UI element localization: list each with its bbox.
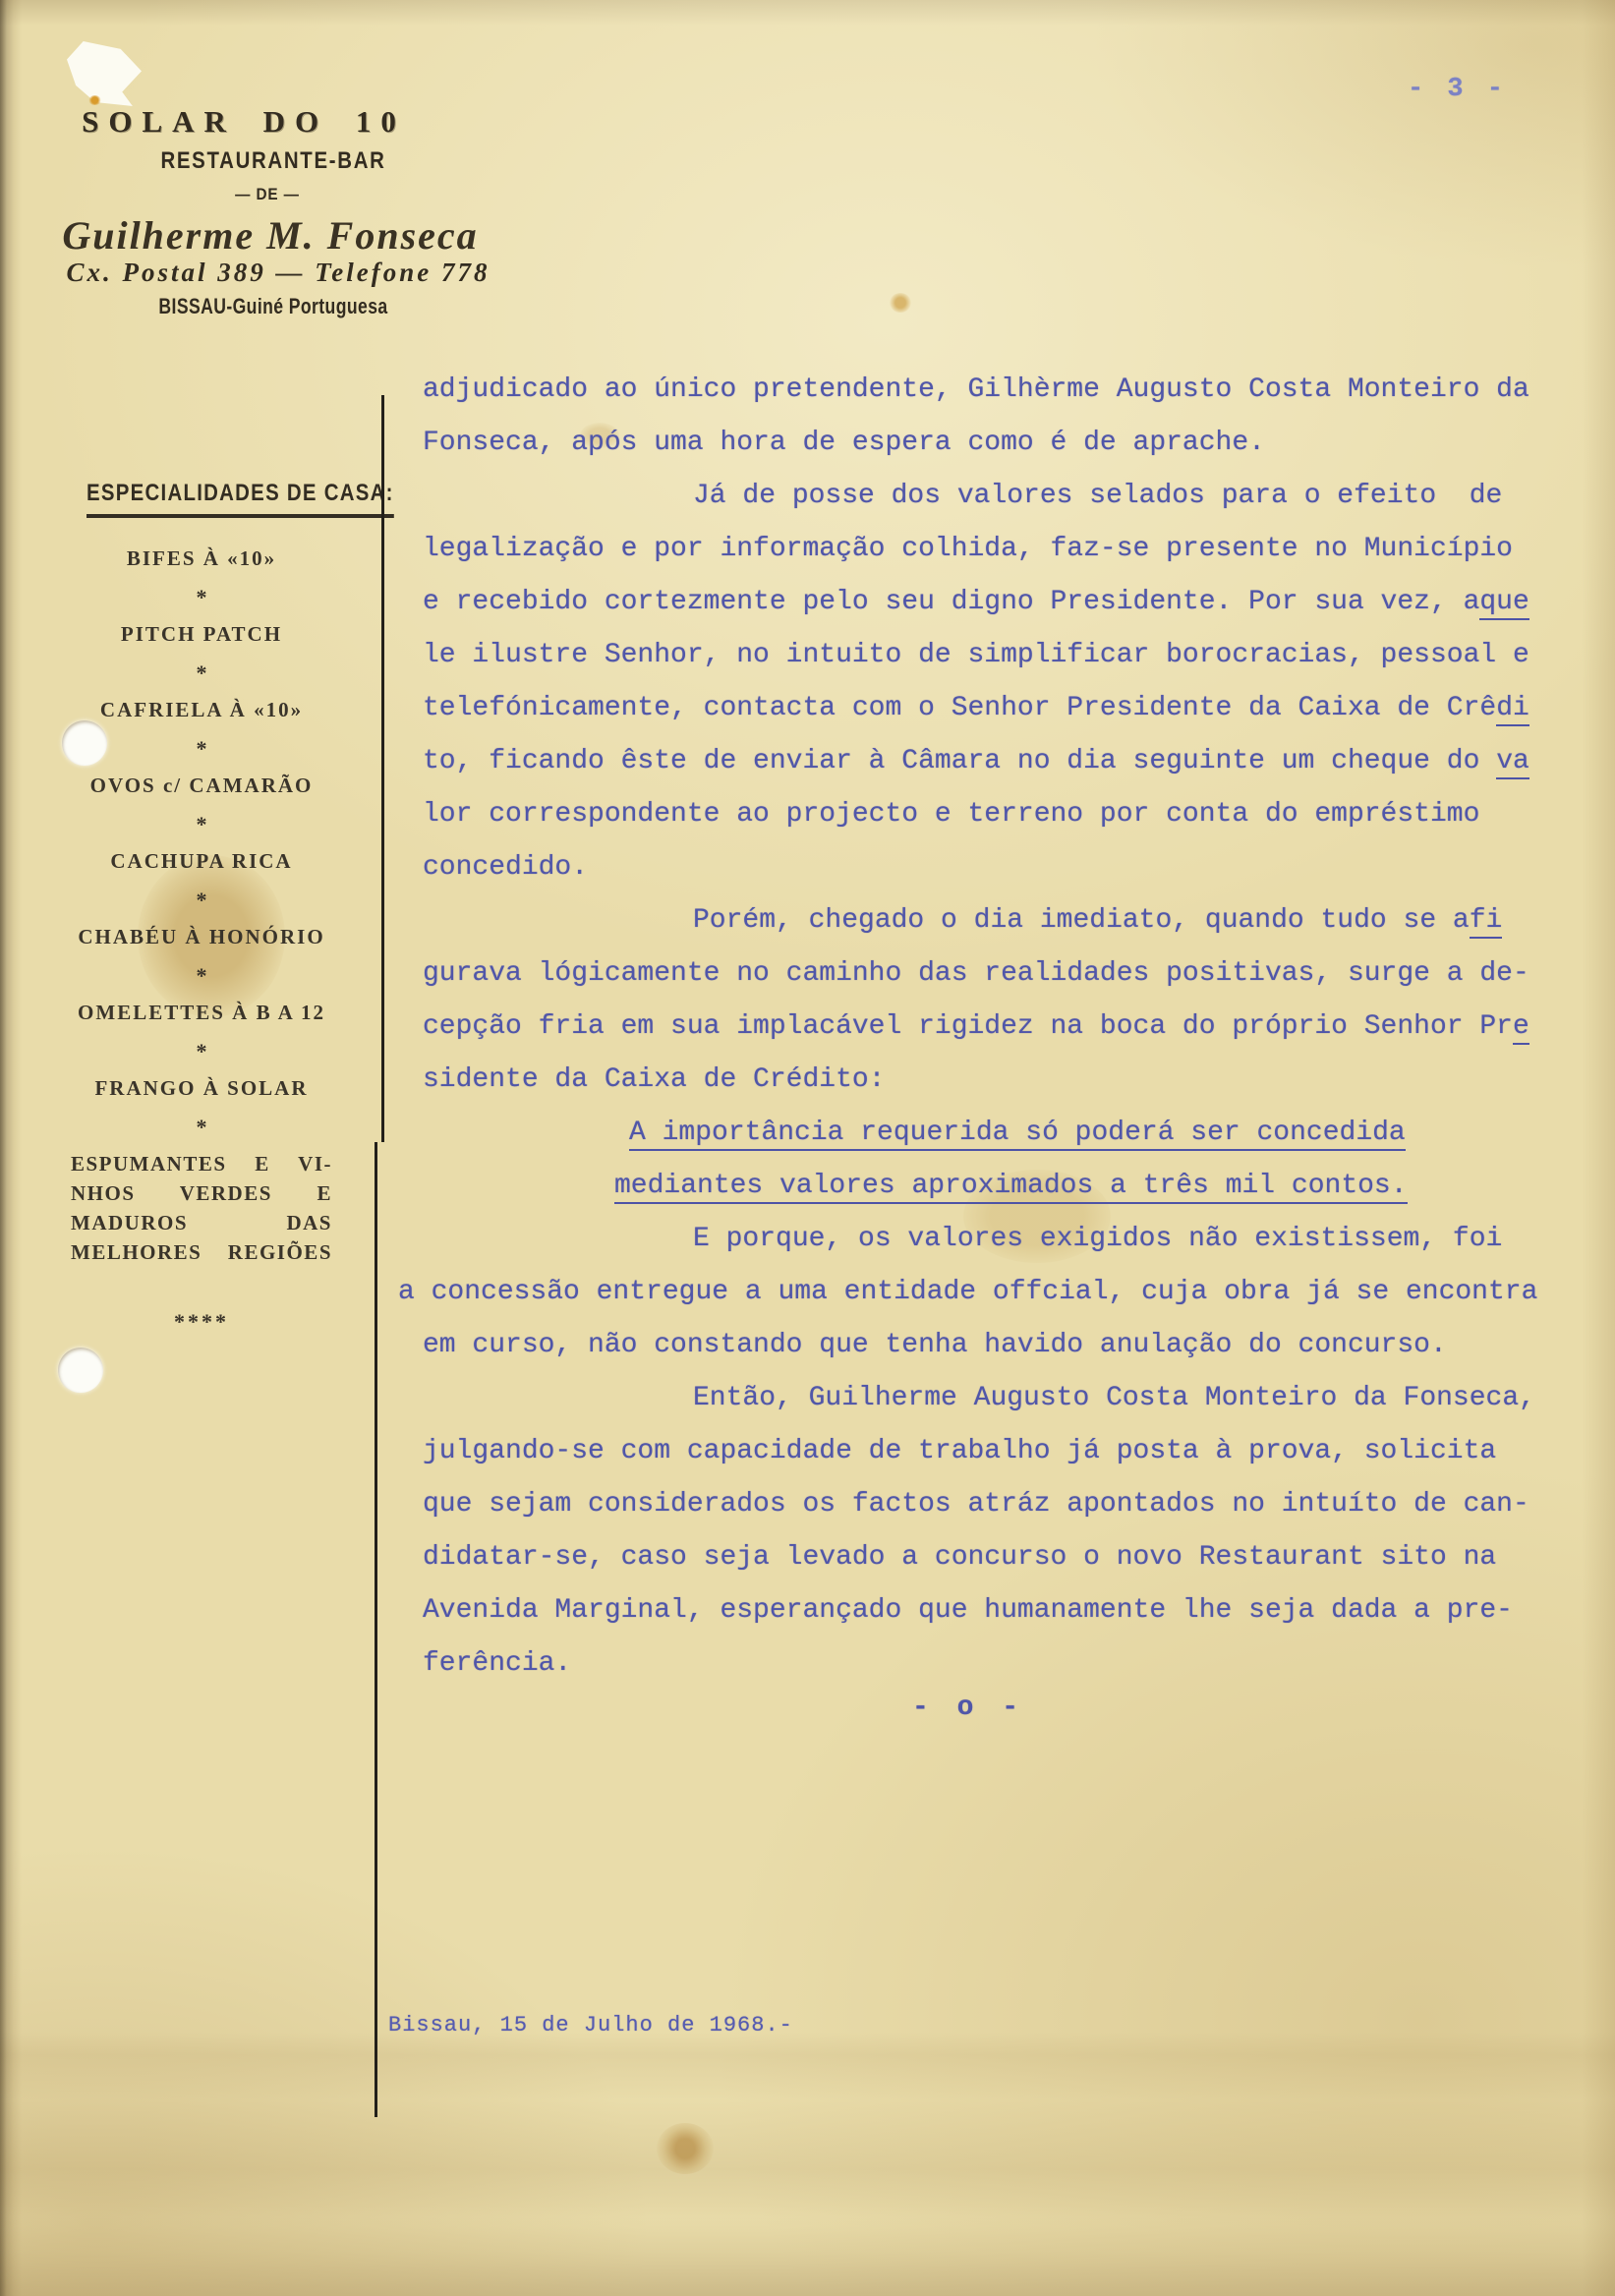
typed-line: Então, Guilherme Augusto Costa Monteiro … — [693, 1374, 1568, 1427]
menu-item: OVOS c/ CAMARÃO — [71, 774, 332, 812]
typed-line: to, ficando êste de enviar à Câmara no d… — [423, 737, 1568, 790]
page-number: - 3 - — [1408, 75, 1507, 104]
punch-hole-bottom — [58, 1348, 103, 1393]
letterhead-owner-name: Guilherme M. Fonseca — [62, 212, 478, 258]
typed-line: ferência. — [423, 1639, 1568, 1693]
menu-item: CHABÉU À HONÓRIO — [71, 925, 332, 963]
paper-stain — [657, 2123, 714, 2174]
typed-line: Já de posse dos valores selados para o e… — [693, 472, 1568, 525]
typed-line: cepção fria em sua implacável rigidez na… — [423, 1003, 1568, 1056]
menu-item-line: MADUROS DAS — [71, 1211, 332, 1240]
section-divider: - o - — [912, 1693, 1024, 1723]
typed-line: em curso, não constando que tenha havido… — [423, 1321, 1568, 1374]
typed-text: cepção fria em sua implacável rigidez na… — [423, 1011, 1513, 1042]
typed-text: le ilustre Senhor, no intuito de simplif… — [423, 640, 1529, 670]
typed-text-underlined: di — [1496, 693, 1529, 726]
typed-text-underlined: mediantes valores aproximados a três mil… — [614, 1171, 1408, 1204]
typed-text: e recebido cortezmente pelo seu digno Pr… — [423, 587, 1479, 617]
typed-line: que sejam considerados os factos atráz a… — [423, 1480, 1568, 1533]
typed-text: gurava lógicamente no caminho das realid… — [423, 958, 1529, 989]
menu-item: CACHUPA RICA — [71, 849, 332, 888]
typed-text: a concessão entregue a uma entidade offc… — [398, 1277, 1537, 1307]
menu-separator: * — [71, 585, 332, 622]
typed-line: a concessão entregue a uma entidade offc… — [398, 1268, 1568, 1321]
typed-text: E porque, os valores exigidos não existi… — [693, 1224, 1502, 1254]
typed-text: Fonseca, após uma hora de espera como é … — [423, 428, 1265, 458]
scanned-letter-page: - 3 - SOLAR DO 10 RESTAURANTE-BAR — DE —… — [0, 0, 1615, 2296]
menu-items: BIFES À «10»*PITCH PATCH*CAFRIELA À «10»… — [71, 546, 332, 1335]
typed-text: legalização e por informação colhida, fa… — [423, 534, 1513, 564]
typed-text: lor correspondente ao projecto e terreno… — [423, 799, 1479, 830]
typed-text: Então, Guilherme Augusto Costa Monteiro … — [693, 1383, 1535, 1413]
paper-stain — [890, 293, 911, 313]
menu-separator: * — [71, 812, 332, 849]
typed-text: concedido. — [423, 852, 588, 883]
menu-item-line: ESPUMANTES E VI- — [71, 1152, 332, 1181]
letterhead-address: Cx. Postal 389 — Telefone 778 — [67, 258, 490, 288]
menu-item-line: MELHORES REGIÕES — [71, 1240, 332, 1270]
typed-text-underlined: va — [1496, 746, 1529, 779]
typed-line: E porque, os valores exigidos não existi… — [693, 1215, 1568, 1268]
menu-item: PITCH PATCH — [71, 622, 332, 660]
vertical-rule-upper — [381, 395, 384, 1142]
typed-text: didatar-se, caso seja levado a concurso … — [423, 1542, 1496, 1573]
typed-text-underlined: e — [1513, 1011, 1529, 1045]
menu-item: OMELETTES À B A 12 — [71, 1001, 332, 1039]
letter-body: adjudicado ao único pretendente, Gilhèrm… — [423, 366, 1568, 1693]
menu-separator: * — [71, 888, 332, 925]
typed-line: telefónicamente, contacta com o Senhor P… — [423, 684, 1568, 737]
typed-line: adjudicado ao único pretendente, Gilhèrm… — [423, 366, 1568, 419]
typed-text: em curso, não constando que tenha havido… — [423, 1330, 1447, 1360]
typed-line: Porém, chegado o dia imediato, quando tu… — [693, 896, 1568, 949]
date-line: Bissau, 15 de Julho de 1968.- — [388, 2013, 793, 2038]
typed-line: gurava lógicamente no caminho das realid… — [423, 949, 1568, 1003]
menu-separator: * — [71, 1115, 332, 1152]
typed-line: julgando-se com capacidade de trabalho j… — [423, 1427, 1568, 1480]
menu-separator: **** — [71, 1309, 332, 1335]
typed-text: Porém, chegado o dia imediato, quando tu… — [693, 905, 1470, 936]
menu-heading: ESPECIALIDADES DE CASA: — [87, 480, 394, 518]
menu-item: CAFRIELA À «10» — [71, 698, 332, 736]
typed-line: lor correspondente ao projecto e terreno… — [423, 790, 1568, 843]
typed-text: sidente da Caixa de Crédito: — [423, 1064, 885, 1095]
letterhead-subtitle: RESTAURANTE-BAR — [160, 147, 385, 175]
typed-text: Já de posse dos valores selados para o e… — [693, 481, 1502, 511]
menu-separator: * — [71, 1039, 332, 1076]
typed-text-underlined: A importância requerida só poderá ser co… — [629, 1118, 1406, 1151]
typed-line: Fonseca, após uma hora de espera como é … — [423, 419, 1568, 472]
typed-text: to, ficando êste de enviar à Câmara no d… — [423, 746, 1496, 776]
typed-line: mediantes valores aproximados a três mil… — [614, 1162, 1568, 1215]
typed-line: sidente da Caixa de Crédito: — [423, 1056, 1568, 1109]
typed-line: concedido. — [423, 843, 1568, 896]
letterhead-restaurant-name: SOLAR DO 10 — [82, 104, 406, 140]
typed-line: A importância requerida só poderá ser co… — [629, 1109, 1568, 1162]
typed-text: ferência. — [423, 1648, 571, 1679]
typed-line: Avenida Marginal, esperançado que humana… — [423, 1586, 1568, 1639]
menu-item-line: NHOS VERDES E — [71, 1181, 332, 1211]
letterhead-city: BISSAU-Guiné Portuguesa — [158, 294, 387, 319]
typed-text-underlined: fi — [1470, 905, 1503, 939]
typed-text: telefónicamente, contacta com o Senhor P… — [423, 693, 1496, 723]
typed-text: adjudicado ao único pretendente, Gilhèrm… — [423, 374, 1529, 405]
torn-paper-chip — [67, 41, 142, 106]
typed-line: legalização e por informação colhida, fa… — [423, 525, 1568, 578]
menu-item: FRANGO À SOLAR — [71, 1076, 332, 1115]
typed-line: le ilustre Senhor, no intuito de simplif… — [423, 631, 1568, 684]
typed-line: e recebido cortezmente pelo seu digno Pr… — [423, 578, 1568, 631]
typed-text: Avenida Marginal, esperançado que humana… — [423, 1595, 1513, 1626]
menu-separator: * — [71, 660, 332, 698]
menu-separator: * — [71, 963, 332, 1001]
letterhead-de-label: — DE — — [235, 185, 300, 204]
typed-text: julgando-se com capacidade de trabalho j… — [423, 1436, 1496, 1466]
vertical-rule-lower — [375, 1142, 377, 2117]
menu-item-multiline: ESPUMANTES E VI-NHOS VERDES EMADUROS DAS… — [71, 1152, 332, 1270]
typed-text: que sejam considerados os factos atráz a… — [423, 1489, 1529, 1520]
menu-item: BIFES À «10» — [71, 546, 332, 585]
menu-separator: * — [71, 736, 332, 774]
typed-line: didatar-se, caso seja levado a concurso … — [423, 1533, 1568, 1586]
typed-text-underlined: que — [1479, 587, 1528, 620]
